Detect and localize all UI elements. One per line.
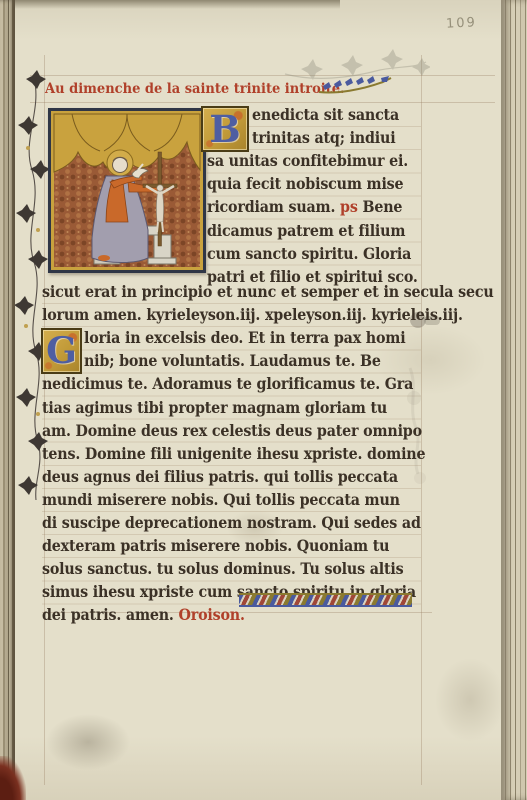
text-segment: loria in excelsis deo. Et in terra pax h… [84,328,405,347]
text-line: cum sancto spiritu. Gloria [207,243,411,266]
text-line: enedicta sit sancta [252,104,399,127]
text-segment: deus agnus dei filius patris. qui tollis… [42,467,398,486]
illuminated-initial-g: G [41,328,82,374]
text-segment: dicamus patrem et filium [207,221,405,240]
text-line: dei patris. amen. Oroison. [42,604,245,627]
text-segment: ricordiam suam. [207,197,340,216]
page-edge-right-stack [501,0,527,800]
text-line: solus sanctus. tu solus dominus. Tu solu… [42,558,403,581]
ruling-line-horizontal-rubric [30,102,495,103]
text-line: dexteram patris miserere nobis. Quoniam … [42,535,389,558]
text-segment: dexteram patris miserere nobis. Quoniam … [42,536,389,555]
text-line: di suscipe deprecationem nostram. Qui se… [42,512,421,535]
text-line: tens. Domine fili unigenite ihesu xprist… [42,443,425,466]
text-segment: solus sanctus. tu solus dominus. Tu solu… [42,559,403,578]
text-segment: tias agimus tibi propter magnam gloriam … [42,398,387,417]
text-line: deus agnus dei filius patris. qui tollis… [42,466,398,489]
folio-number: 109 [446,15,478,32]
text-line: mundi miserere nobis. Qui tollis peccata… [42,489,400,512]
trinity-miniature [48,108,206,273]
manuscript-page: 109 Au dimenche de la sainte trinite int… [0,0,527,800]
text-line: trinitas atq; indiui [252,127,395,150]
text-segment: lorum amen. kyrieleyson.iij. xpeleyson.i… [42,305,463,324]
text-line: ricordiam suam. ps Bene [207,196,402,219]
rubricated-word: ps [340,197,358,216]
text-line: nedicimus te. Adoramus te glorificamus t… [42,373,413,396]
text-segment: quia fecit nobiscum mise [207,174,403,193]
text-segment: nedicimus te. Adoramus te glorificamus t… [42,374,413,393]
text-segment: am. Domine deus rex celestis deus pater … [42,421,422,440]
text-line: quia fecit nobiscum mise [207,173,403,196]
text-line: loria in excelsis deo. Et in terra pax h… [84,327,405,350]
text-segment: mundi miserere nobis. Qui tollis peccata… [42,490,400,509]
text-segment: sicut erat in principio et nunc et sempe… [42,282,494,301]
text-segment: di suscipe deprecationem nostram. Qui se… [42,513,421,532]
page-edge-left-gutter [0,0,15,800]
text-segment: cum sancto spiritu. Gloria [207,244,411,263]
text-segment: dei patris. amen. [42,605,179,624]
rubric-heading: Au dimenche de la sainte trinite introit… [45,81,345,97]
text-segment: enedicta sit sancta [252,105,399,124]
text-line: sicut erat in principio et nunc et sempe… [42,281,494,304]
page-edge-top [0,0,340,9]
text-segment: nib; bone voluntatis. Laudamus te. Be [84,351,381,370]
text-segment: sa unitas confitebimur ei. [207,151,408,170]
text-line: dicamus patrem et filium [207,220,405,243]
line-filler-flourish [317,76,395,98]
penwork-line-filler-band [239,593,412,607]
text-segment: Bene [358,197,403,216]
text-segment: trinitas atq; indiui [252,128,395,147]
text-line: lorum amen. kyrieleyson.iij. xpeleyson.i… [42,304,463,327]
text-line: nib; bone voluntatis. Laudamus te. Be [84,350,381,373]
rubricated-word: Oroison. [179,605,245,624]
text-line: tias agimus tibi propter magnam gloriam … [42,397,387,420]
illuminated-initial-b: B [201,106,249,152]
binding-corner [0,756,26,800]
text-line: sa unitas confitebimur ei. [207,150,408,173]
text-segment: tens. Domine fili unigenite ihesu xprist… [42,444,425,463]
text-line: am. Domine deus rex celestis deus pater … [42,420,422,443]
